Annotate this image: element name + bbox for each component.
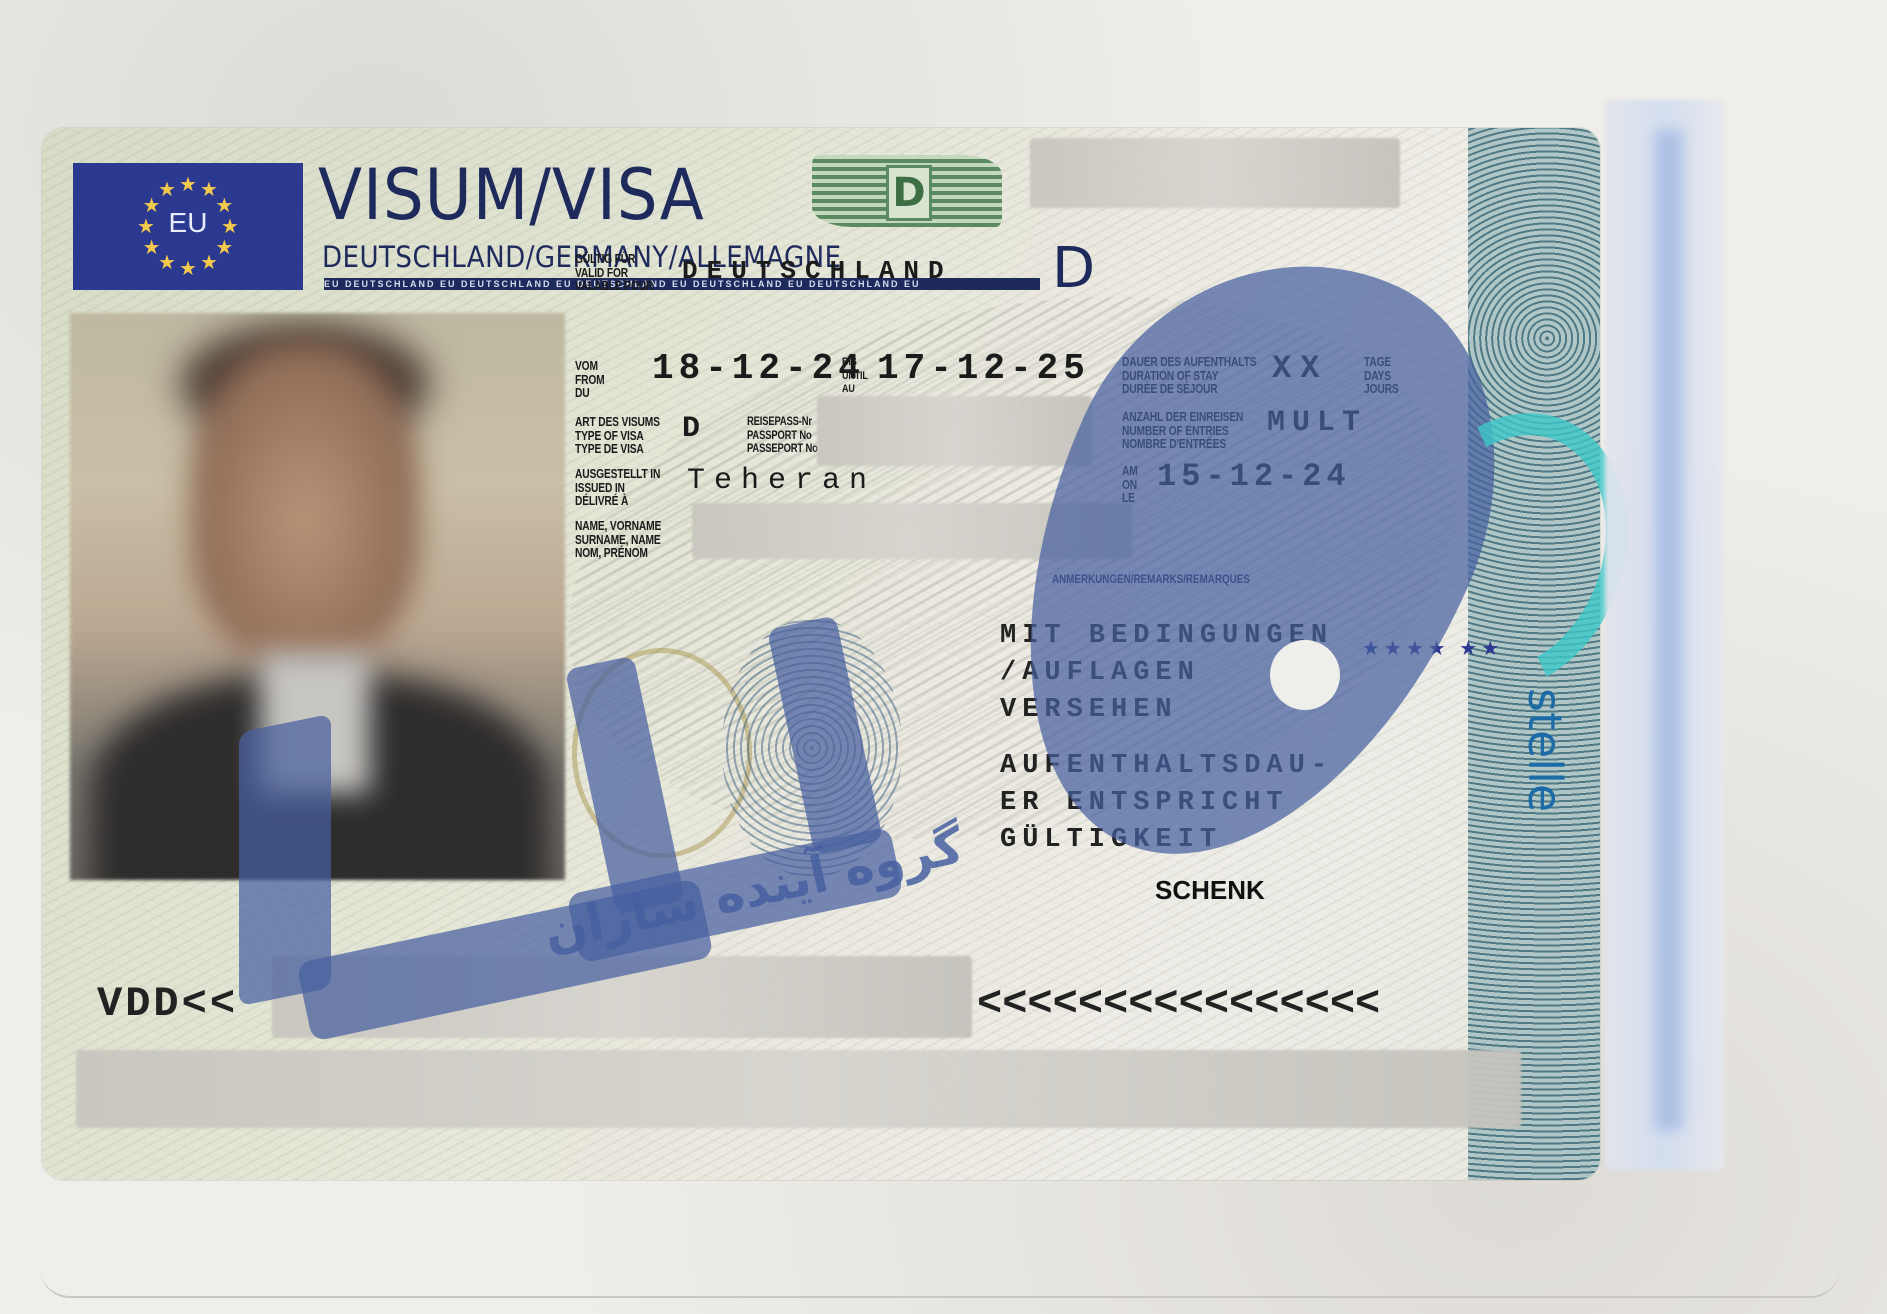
value-until: 17-12-25 (877, 348, 1090, 389)
label-from: VOMFROMDU (575, 360, 605, 401)
officer-signature: SCHENK (1155, 875, 1265, 906)
label-entries: ANZAHL DER EINREISENNUMBER OF ENTRIESNOM… (1122, 411, 1243, 452)
remarks-conditions: MIT BEDINGUNGEN /AUFLAGEN VERSEHEN (1000, 618, 1333, 729)
label-days: TAGEDAYSJOURS (1364, 356, 1399, 397)
value-from: 18-12-24 (652, 348, 865, 389)
d-emblem-icon: D (812, 155, 1002, 227)
eu-badge-text: EU (73, 207, 303, 239)
redacted-mrz-line2 (76, 1050, 1521, 1128)
redacted-side-strip (1605, 100, 1725, 1170)
passport-page: stelle ★★★★★★★★★★★★ EU VISUM/VISA D DEUT… (0, 0, 1887, 1314)
label-name: NAME, VORNAMESURNAME, NAMENOM, PRÉNOM (575, 520, 661, 561)
value-valid-for: DEUTSCHLAND (682, 256, 953, 286)
holder-photo (70, 313, 565, 880)
remarks-duration: AUFENTHALTSDAU- ER ENTSPRICHT GÜLTIGKEIT (1000, 748, 1333, 859)
label-passport-no: REISEPASS-NrPASSPORT NoPASSEPORT No (747, 416, 818, 457)
redacted-mrz-line1 (272, 956, 972, 1038)
redacted-visa-number (1030, 138, 1400, 208)
value-issued-on: 15-12-24 (1157, 458, 1351, 495)
eu-flag: ★★★★★★★★★★★★ EU (73, 163, 303, 290)
label-duration: DAUER DES AUFENTHALTSDURATION OF STAYDUR… (1122, 356, 1256, 397)
label-valid-for: GÜLTIG FÜRVALID FORVALABLE POUR (575, 253, 653, 294)
value-entries: MULT (1267, 406, 1367, 440)
label-until: BISUNTILAU (842, 356, 868, 397)
value-type-of-visa: D (682, 412, 709, 446)
label-issued-in: AUSGESTELLT INISSUED INDÉLIVRÉ À (575, 468, 660, 509)
visa-sticker: stelle ★★★★★★★★★★★★ EU VISUM/VISA D DEUT… (42, 128, 1600, 1180)
hologram-text: stelle (1518, 688, 1572, 812)
value-issued-in: Teheran (687, 464, 876, 498)
mrz-prefix: VDD<< (97, 980, 238, 1028)
remarks-label: ANMERKUNGEN/REMARKS/REMARQUES (1052, 572, 1250, 586)
redacted-passport-no (817, 396, 1092, 466)
visa-title: VISUM/VISA (318, 154, 705, 236)
label-type-of-visa: ART DES VISUMSTYPE OF VISATYPE DE VISA (575, 416, 660, 457)
emblem-letter: D (886, 165, 932, 221)
rosette-icon (722, 618, 902, 878)
country-code: D (1052, 236, 1095, 301)
redacted-name (692, 503, 1132, 559)
stars-icon: ★★★★ ★★ (1362, 636, 1503, 661)
label-issued-on: AMONLE (1122, 465, 1138, 506)
value-duration: XX (1272, 350, 1328, 387)
mrz-fillers: <<<<<<<<<<<<<<<< (977, 980, 1380, 1028)
page-edge (40, 1268, 1840, 1298)
